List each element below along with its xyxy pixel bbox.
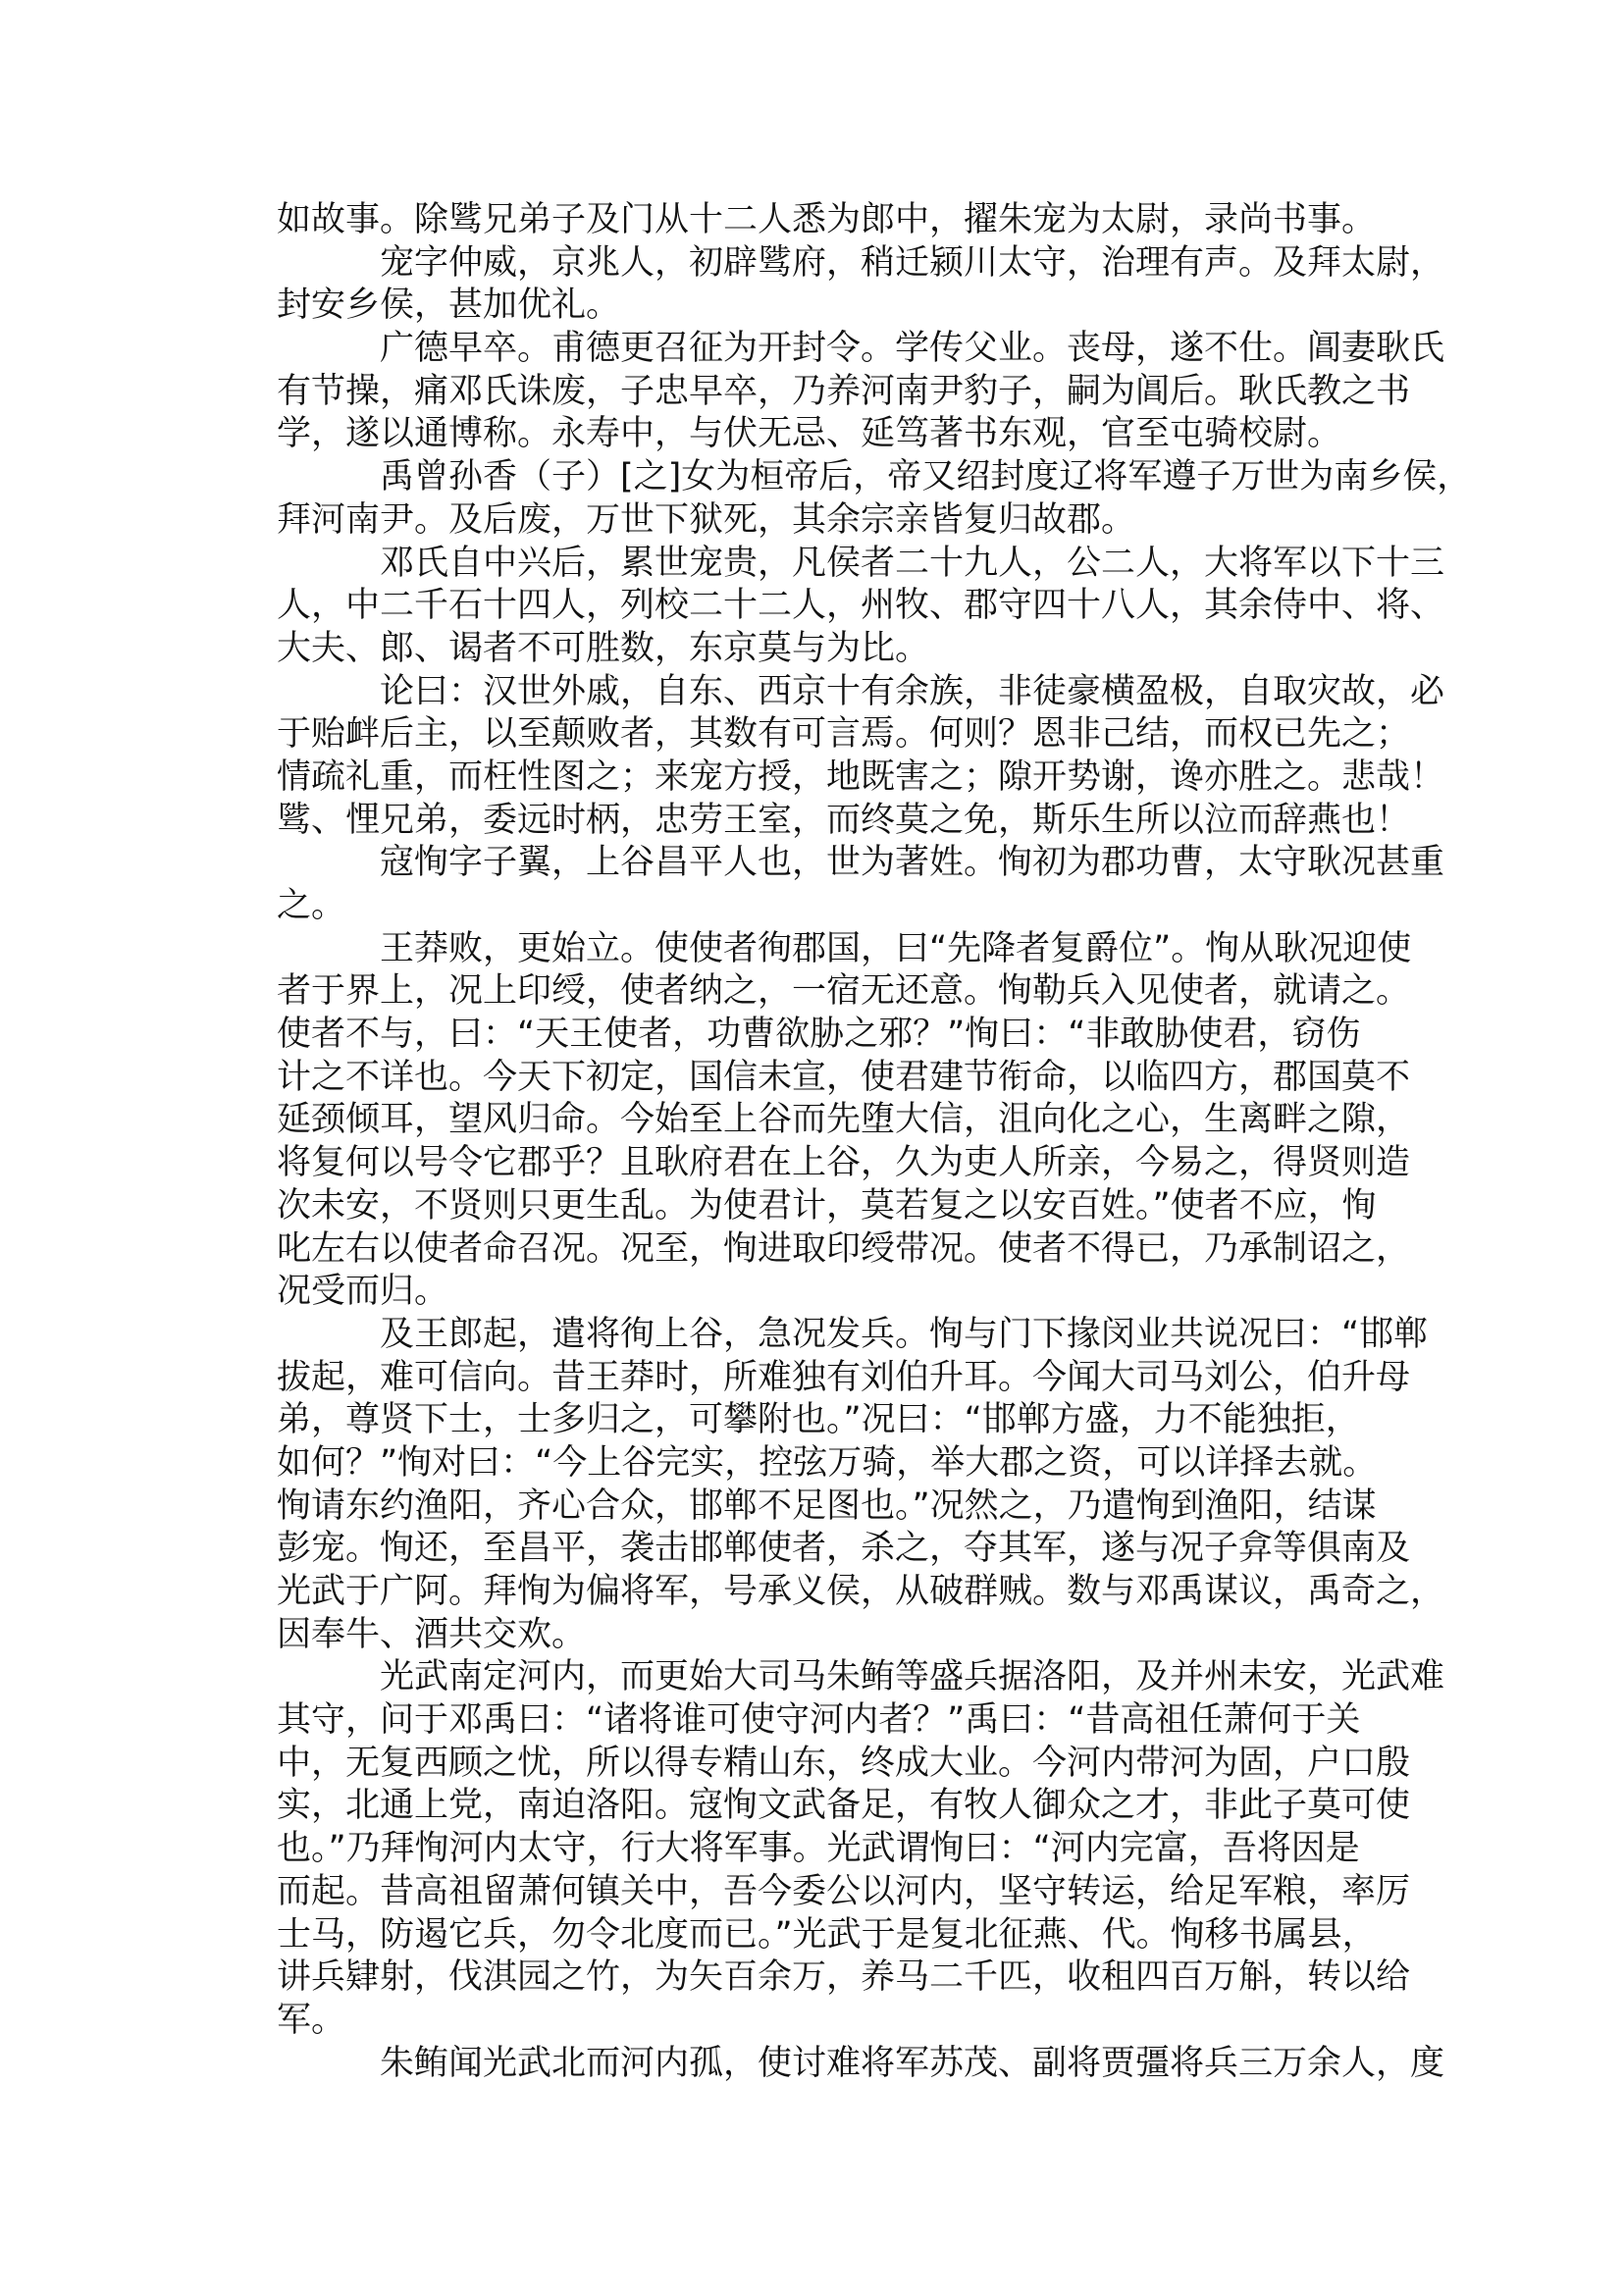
text-line: 拜河南尹。及后废，万世下狱死，其余宗亲皆复归故郡。 bbox=[277, 499, 1358, 543]
text-line: 实，北通上党，南迫洛阳。寇恂文武备足，有牧人御众之才，非此子莫可使 bbox=[277, 1785, 1358, 1828]
text-line: 于贻衅后主，以至颠败者，其数有可言焉。何则？恩非己结，而权已先之； bbox=[277, 713, 1358, 756]
text-line: 之。 bbox=[277, 885, 1358, 928]
text-line: 情疏礼重，而枉性图之；来宠方授，地既害之；隙开势谢，谗亦胜之。悲哉！ bbox=[277, 756, 1358, 800]
text-line: 延颈倾耳，望风归命。今始至上谷而先堕大信，沮向化之心，生离畔之隙， bbox=[277, 1099, 1358, 1142]
text-line: 将复何以号令它郡乎？且耿府君在上谷，久为吏人所亲，今易之，得贤则造 bbox=[277, 1142, 1358, 1185]
text-line: 中，无复西顾之忧，所以得专精山东，终成大业。今河内带河为固，户口殷 bbox=[277, 1743, 1358, 1786]
text-line: 大夫、郎、谒者不可胜数，东京莫与为比。 bbox=[277, 628, 1358, 671]
text-line: 叱左右以使者命召况。况至，恂进取印绶带况。使者不得已，乃承制诏之， bbox=[277, 1228, 1358, 1272]
text-line: 者于界上，况上印绶，使者纳之，一宿无还意。恂勒兵入见使者，就请之。 bbox=[277, 970, 1358, 1014]
text-line: 拔起，难可信向。昔王莽时，所难独有刘伯升耳。今闻大司马刘公，伯升母 bbox=[277, 1357, 1358, 1400]
text-line: 讲兵肄射，伐淇园之竹，为矢百余万，养马二千匹，收租四百万斛，转以给 bbox=[277, 1956, 1358, 2000]
paragraph-start-line: 广德早卒。甫德更召征为开封令。学传父业。丧母，遂不仕。阊妻耿氏 bbox=[277, 328, 1358, 371]
text-line: 而起。昔高祖留萧何镇关中，吾今委公以河内，坚守转运，给足军粮，率厉 bbox=[277, 1871, 1358, 1914]
text-line: 况受而归。 bbox=[277, 1271, 1358, 1314]
text-line: 人，中二千石十四人，列校二十二人，州牧、郡守四十八人，其余侍中、将、 bbox=[277, 585, 1358, 628]
text-line: 封安乡侯，甚加优礼。 bbox=[277, 285, 1358, 328]
text-line: 有节操，痛邓氏诛废，子忠早卒，乃养河南尹豹子，嗣为阊后。耿氏教之书 bbox=[277, 371, 1358, 414]
text-line: 士马，防遏它兵，勿令北度而已。”光武于是复北征燕、代。恂移书属县， bbox=[277, 1914, 1358, 1957]
paragraph-start-line: 光武南定河内，而更始大司马朱鲔等盛兵据洛阳，及并州未安，光武难 bbox=[277, 1656, 1358, 1699]
paragraph-start-line: 王莽败，更始立。使使者徇郡国，曰“先降者复爵位”。恂从耿况迎使 bbox=[277, 928, 1358, 971]
paragraph-start-line: 禹曾孙香（子）[之]女为桓帝后，帝又绍封度辽将军遵子万世为南乡侯， bbox=[277, 456, 1358, 499]
text-line: 如何？”恂对曰：“今上谷完实，控弦万骑，举大郡之资，可以详择去就。 bbox=[277, 1442, 1358, 1486]
text-line: 恂请东约渔阳，齐心合众，邯郸不足图也。”况然之，乃遣恂到渔阳，结谋 bbox=[277, 1486, 1358, 1529]
document-page: 如故事。除骘兄弟子及门从十二人悉为郎中，擢朱宠为太尉，录尚书事。宠字仲威，京兆人… bbox=[277, 199, 1358, 2085]
paragraph-start-line: 宠字仲威，京兆人，初辟骘府，稍迁颍川太守，治理有声。及拜太尉， bbox=[277, 242, 1358, 286]
paragraph-start-line: 论曰：汉世外戚，自东、西京十有余族，非徒豪横盈极，自取灾故，必 bbox=[277, 671, 1358, 714]
text-line: 次未安，不贤则只更生乱。为使君计，莫若复之以安百姓。”使者不应，恂 bbox=[277, 1185, 1358, 1228]
text-line: 军。 bbox=[277, 2000, 1358, 2043]
paragraph-start-line: 朱鲔闻光武北而河内孤，使讨难将军苏茂、副将贾彊将兵三万余人，度 bbox=[277, 2043, 1358, 2086]
paragraph-start-line: 及王郎起，遣将徇上谷，急况发兵。恂与门下掾闵业共说况曰：“邯郸 bbox=[277, 1314, 1358, 1357]
text-line: 使者不与，曰：“天王使者，功曹欲胁之邪？”恂曰：“非敢胁使君，窃伤 bbox=[277, 1014, 1358, 1057]
text-line: 彭宠。恂还，至昌平，袭击邯郸使者，杀之，夺其军，遂与况子弇等俱南及 bbox=[277, 1528, 1358, 1571]
paragraph-start-line: 邓氏自中兴后，累世宠贵，凡侯者二十九人，公二人，大将军以下十三 bbox=[277, 543, 1358, 586]
text-line: 弟，尊贤下士，士多归之，可攀附也。”况曰：“邯郸方盛，力不能独拒， bbox=[277, 1399, 1358, 1442]
text-line: 也。”乃拜恂河内太守，行大将军事。光武谓恂曰：“河内完富，吾将因是 bbox=[277, 1828, 1358, 1871]
text-line: 骘、悝兄弟，委远时柄，忠劳王室，而终莫之免，斯乐生所以泣而辞燕也！ bbox=[277, 800, 1358, 843]
text-line: 计之不详也。今天下初定，国信未宣，使君建节衔命，以临四方，郡国莫不 bbox=[277, 1057, 1358, 1100]
text-line: 其守，问于邓禹曰：“诸将谁可使守河内者？”禹曰：“昔高祖任萧何于关 bbox=[277, 1699, 1358, 1743]
text-line: 学，遂以通博称。永寿中，与伏无忌、延笃著书东观，官至屯骑校尉。 bbox=[277, 413, 1358, 456]
paragraph-start-line: 寇恂字子翼，上谷昌平人也，世为著姓。恂初为郡功曹，太守耿况甚重 bbox=[277, 842, 1358, 885]
text-line: 如故事。除骘兄弟子及门从十二人悉为郎中，擢朱宠为太尉，录尚书事。 bbox=[277, 199, 1358, 242]
text-line: 光武于广阿。拜恂为偏将军，号承义侯，从破群贼。数与邓禹谋议，禹奇之， bbox=[277, 1571, 1358, 1614]
text-line: 因奉牛、酒共交欢。 bbox=[277, 1614, 1358, 1657]
